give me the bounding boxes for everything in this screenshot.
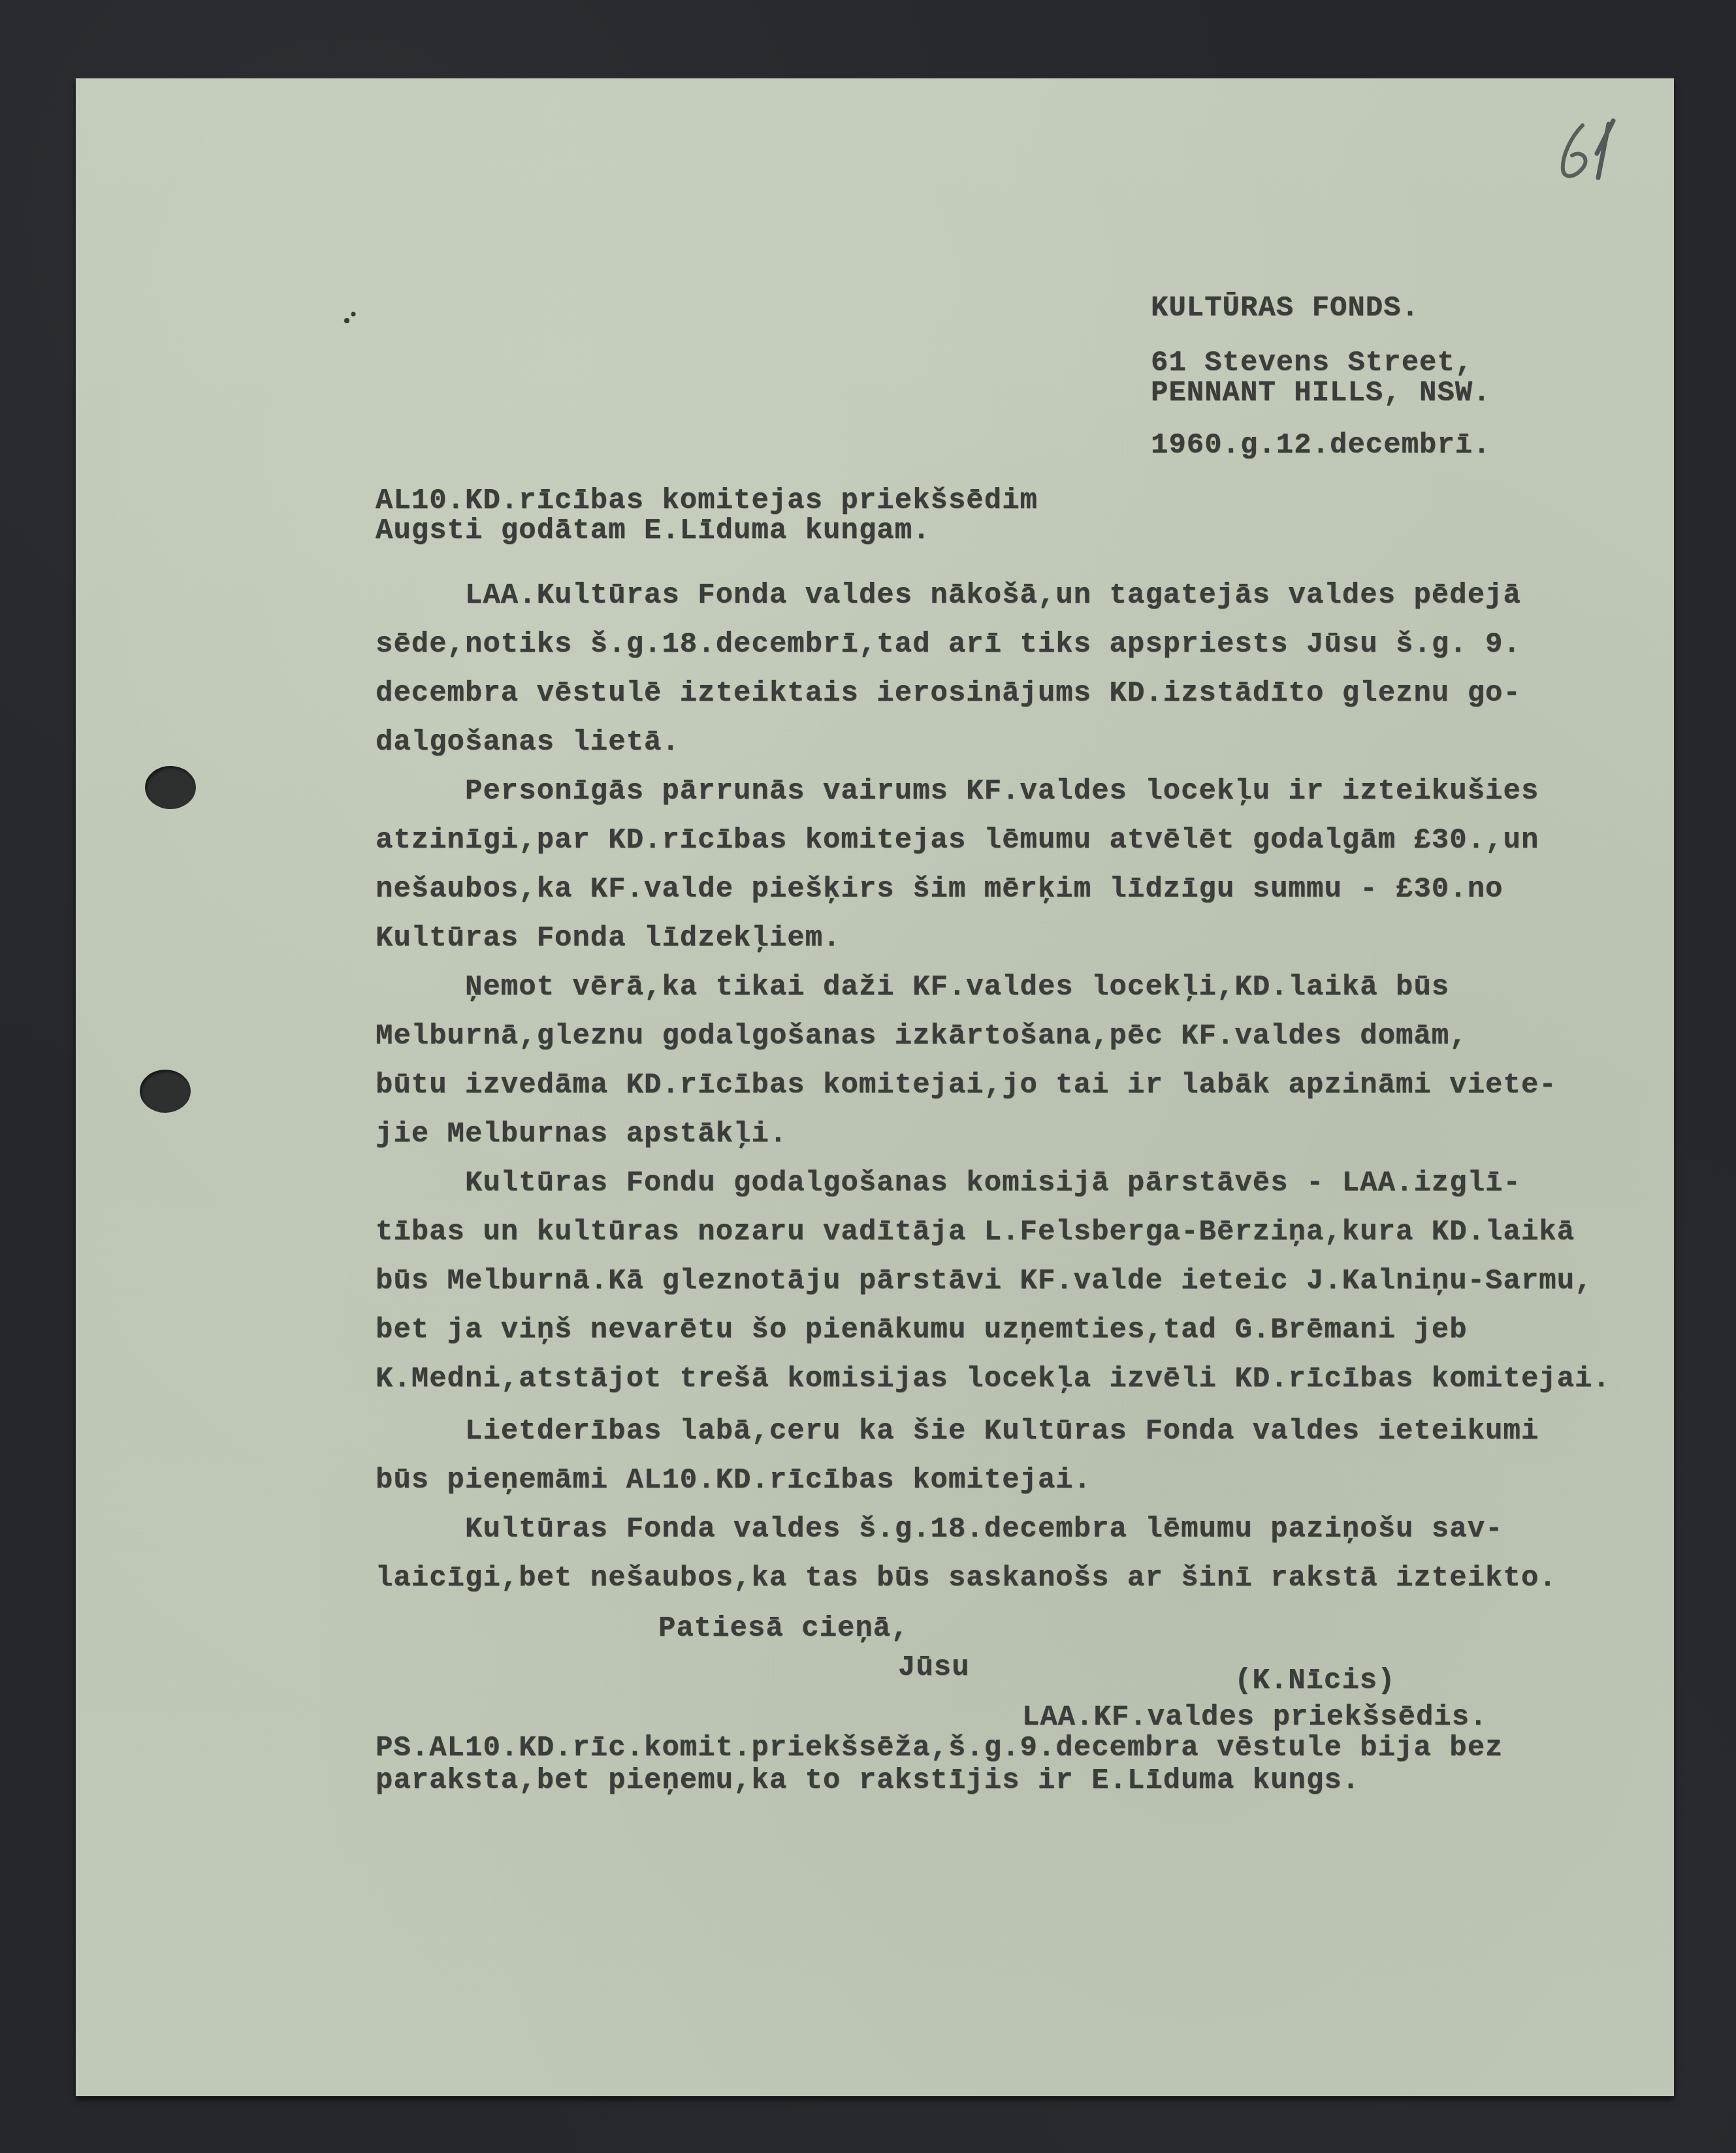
handwritten-folio-number: [1558, 118, 1630, 189]
body-line: Kultūras Fondu godalgošanas komisijā pār…: [376, 1169, 1521, 1198]
letterhead-address-line2: PENNANT HILLS, NSW.: [1151, 379, 1491, 407]
closing-salutation: Patiesā cieņā,: [658, 1614, 909, 1643]
body-line: bet ja viņš nevarētu šo pienākumu uzņemt…: [376, 1316, 1468, 1345]
letterhead-address-line1: 61 Stevens Street,: [1151, 349, 1473, 377]
body-line: atzinīgi,par KD.rīcības komitejas lēmumu…: [376, 826, 1539, 855]
signatory-title: LAA.KF.valdes priekšsēdis.: [1022, 1703, 1488, 1732]
body-line: Personīgās pārrunās vairums KF.valdes lo…: [376, 777, 1539, 806]
body-line: Kultūras Fonda līdzekļiem.: [376, 924, 841, 953]
stray-ink-dots: [340, 307, 360, 327]
body-line: dalgošanas lietā.: [376, 728, 680, 757]
body-line: Lietderības labā,ceru ka šie Kultūras Fo…: [376, 1417, 1539, 1446]
body-line: būtu izvedāma KD.rīcības komitejai,jo ta…: [376, 1071, 1557, 1100]
body-line: decembra vēstulē izteiktais ierosinājums…: [376, 679, 1521, 708]
closing-yours: Jūsu: [898, 1653, 970, 1682]
body-line: tības un kultūras nozaru vadītāja L.Fels…: [376, 1218, 1575, 1247]
body-line: K.Medni,atstājot trešā komisijas locekļa…: [376, 1365, 1611, 1394]
addressee-line2: Augsti godātam E.Līduma kungam.: [376, 517, 931, 545]
body-line: jie Melburnas apstākļi.: [376, 1120, 787, 1149]
signatory-name: (K.Nīcis): [1234, 1667, 1396, 1695]
postscript-line1: PS.AL10.KD.rīc.komit.priekšsēža,š.g.9.de…: [376, 1734, 1503, 1762]
body-line: nešaubos,ka KF.valde piešķirs šim mērķim…: [376, 875, 1503, 904]
body-line: Kultūras Fonda valdes š.g.18.decembra lē…: [376, 1515, 1503, 1544]
body-line: LAA.Kultūras Fonda valdes nākošā,un taga…: [376, 581, 1521, 610]
letter-date: 1960.g.12.decembrī.: [1151, 431, 1491, 460]
body-line: Melburnā,gleznu godalgošanas izkārtošana…: [376, 1022, 1468, 1051]
letterhead-org: KULTŪRAS FONDS.: [1151, 294, 1419, 323]
body-line: būs Melburnā.Kā gleznotāju pārstāvi KF.v…: [376, 1267, 1593, 1296]
punch-hole-bottom: [140, 1070, 191, 1113]
punch-hole-top: [145, 766, 196, 809]
postscript-line2: paraksta,bet pieņemu,ka to rakstījis ir …: [376, 1766, 1360, 1795]
body-line: Ņemot vērā,ka tikai daži KF.valdes locek…: [376, 973, 1449, 1002]
addressee-line1: AL10.KD.rīcības komitejas priekšsēdim: [376, 486, 1038, 515]
body-line: būs pieņemāmi AL10.KD.rīcības komitejai.: [376, 1466, 1091, 1495]
body-line: sēde,notiks š.g.18.decembrī,tad arī tiks…: [376, 630, 1521, 659]
body-line: laicīgi,bet nešaubos,ka tas būs saskanoš…: [376, 1564, 1557, 1593]
